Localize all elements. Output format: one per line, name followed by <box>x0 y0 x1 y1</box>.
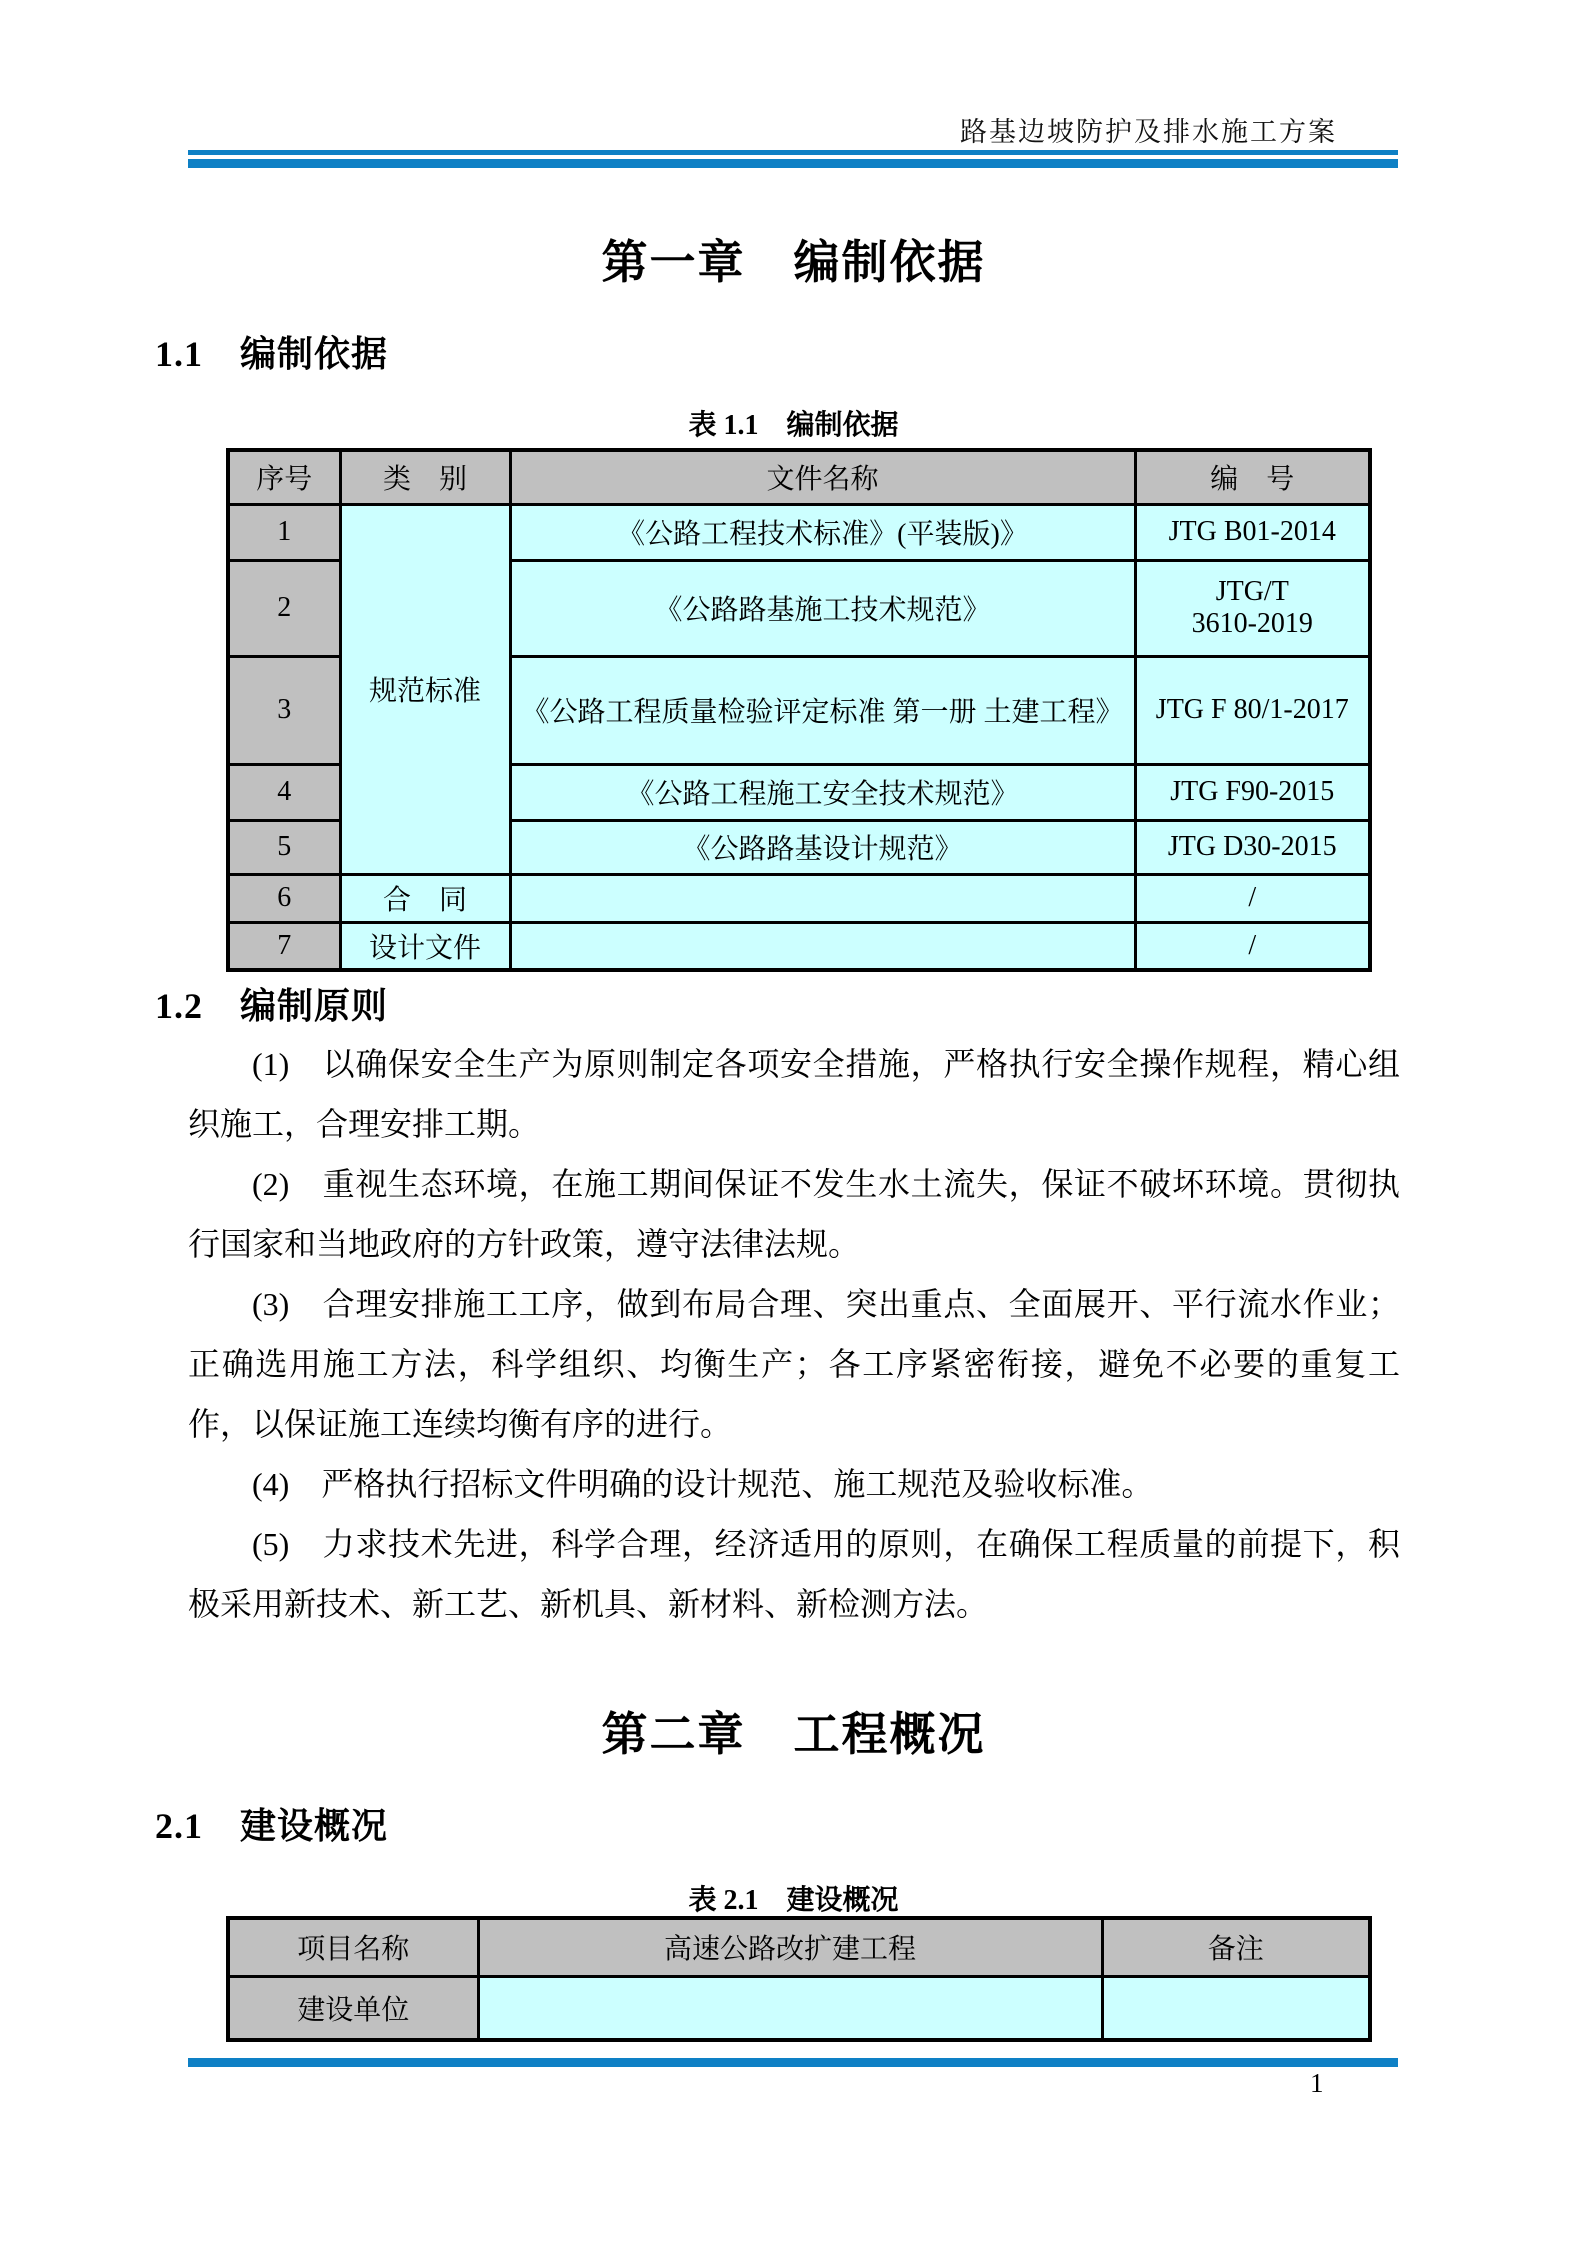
footer-rule <box>188 2058 1398 2067</box>
table-row: 建设单位 <box>228 1976 1370 2040</box>
category-cell: 设计文件 <box>340 922 510 970</box>
principle-paragraph-2: (2) 重视生态环境，在施工期间保证不发生水土流失，保证不破坏环境。贯彻执行国家… <box>188 1154 1400 1274</box>
doc-name-cell: 《公路工程技术标准》(平装版)》 <box>510 504 1135 560</box>
header-rule-thick <box>188 159 1398 168</box>
principle-paragraph-4: (4) 严格执行招标文件明确的设计规范、施工规范及验收标准。 <box>188 1454 1400 1514</box>
header-cell-category: 类 别 <box>340 450 510 504</box>
section-1-2-heading: 1.2 编制原则 <box>155 978 388 1029</box>
table-1-1-header-row: 序号 类 别 文件名称 编 号 <box>228 450 1370 504</box>
doc-code-cell: JTG D30-2015 <box>1135 820 1370 874</box>
table-2-1-caption: 表 2.1 建设概况 <box>0 1878 1587 1918</box>
doc-name-cell: 《公路路基施工技术规范》 <box>510 560 1135 656</box>
doc-name-cell <box>510 922 1135 970</box>
doc-code-cell: / <box>1135 922 1370 970</box>
doc-code-cell: / <box>1135 874 1370 922</box>
row-no-cell: 4 <box>228 764 340 820</box>
doc-name-cell: 《公路工程质量检验评定标准 第一册 土建工程》 <box>510 656 1135 764</box>
note-header-cell: 备注 <box>1102 1918 1370 1976</box>
doc-name-cell: 《公路路基设计规范》 <box>510 820 1135 874</box>
doc-name-cell <box>510 874 1135 922</box>
row-no-cell: 1 <box>228 504 340 560</box>
table-row: 7 设计文件 / <box>228 922 1370 970</box>
header-title: 路基边坡防护及排水施工方案 <box>960 110 1337 149</box>
table-row: 6 合 同 / <box>228 874 1370 922</box>
principle-paragraph-1: (1) 以确保安全生产为原则制定各项安全措施，严格执行安全操作规程，精心组织施工… <box>188 1034 1400 1154</box>
section-2-1-heading: 2.1 建设概况 <box>155 1798 388 1849</box>
header-cell-docname: 文件名称 <box>510 450 1135 504</box>
category-merged-cell: 规范标准 <box>340 504 510 874</box>
row-no-cell: 7 <box>228 922 340 970</box>
table-1-1-caption: 表 1.1 编制依据 <box>0 403 1587 443</box>
row-no-cell: 3 <box>228 656 340 764</box>
document-page: 路基边坡防护及排水施工方案 第一章 编制依据 1.1 编制依据 表 1.1 编制… <box>0 0 1587 2245</box>
page-number: 1 <box>1310 2068 1324 2099</box>
chapter-1-title: 第一章 编制依据 <box>0 226 1587 292</box>
principle-paragraph-3: (3) 合理安排施工工序，做到布局合理、突出重点、全面展开、平行流水作业；正确选… <box>188 1274 1400 1454</box>
section-1-1-heading: 1.1 编制依据 <box>155 326 388 377</box>
table-row: 1 规范标准 《公路工程技术标准》(平装版)》 JTG B01-2014 <box>228 504 1370 560</box>
row-no-cell: 5 <box>228 820 340 874</box>
chapter-2-title: 第二章 工程概况 <box>0 1698 1587 1764</box>
table-2-1: 项目名称 高速公路改扩建工程 备注 建设单位 <box>226 1916 1372 2042</box>
principle-paragraph-5: (5) 力求技术先进，科学合理，经济适用的原则，在确保工程质量的前提下，积极采用… <box>188 1514 1400 1634</box>
header-rule-thin <box>188 150 1398 155</box>
row-no-cell: 6 <box>228 874 340 922</box>
header-cell-no: 序号 <box>228 450 340 504</box>
doc-code-cell: JTG F 80/1-2017 <box>1135 656 1370 764</box>
category-cell: 合 同 <box>340 874 510 922</box>
doc-code-cell: JTG/T 3610-2019 <box>1135 560 1370 656</box>
table-row: 项目名称 高速公路改扩建工程 备注 <box>228 1918 1370 1976</box>
row-no-cell: 2 <box>228 560 340 656</box>
header-cell-code: 编 号 <box>1135 450 1370 504</box>
doc-code-cell: JTG F90-2015 <box>1135 764 1370 820</box>
table-1-1: 序号 类 别 文件名称 编 号 1 规范标准 《公路工程技术标准》(平装版)》 … <box>226 448 1372 972</box>
principles-paragraphs: (1) 以确保安全生产为原则制定各项安全措施，严格执行安全操作规程，精心组织施工… <box>188 1034 1400 1634</box>
doc-code-cell: JTG B01-2014 <box>1135 504 1370 560</box>
project-name-value-cell: 高速公路改扩建工程 <box>478 1918 1102 1976</box>
project-name-label-cell: 项目名称 <box>228 1918 478 1976</box>
builder-label-cell: 建设单位 <box>228 1976 478 2040</box>
builder-value-cell <box>478 1976 1102 2040</box>
builder-note-cell <box>1102 1976 1370 2040</box>
doc-name-cell: 《公路工程施工安全技术规范》 <box>510 764 1135 820</box>
